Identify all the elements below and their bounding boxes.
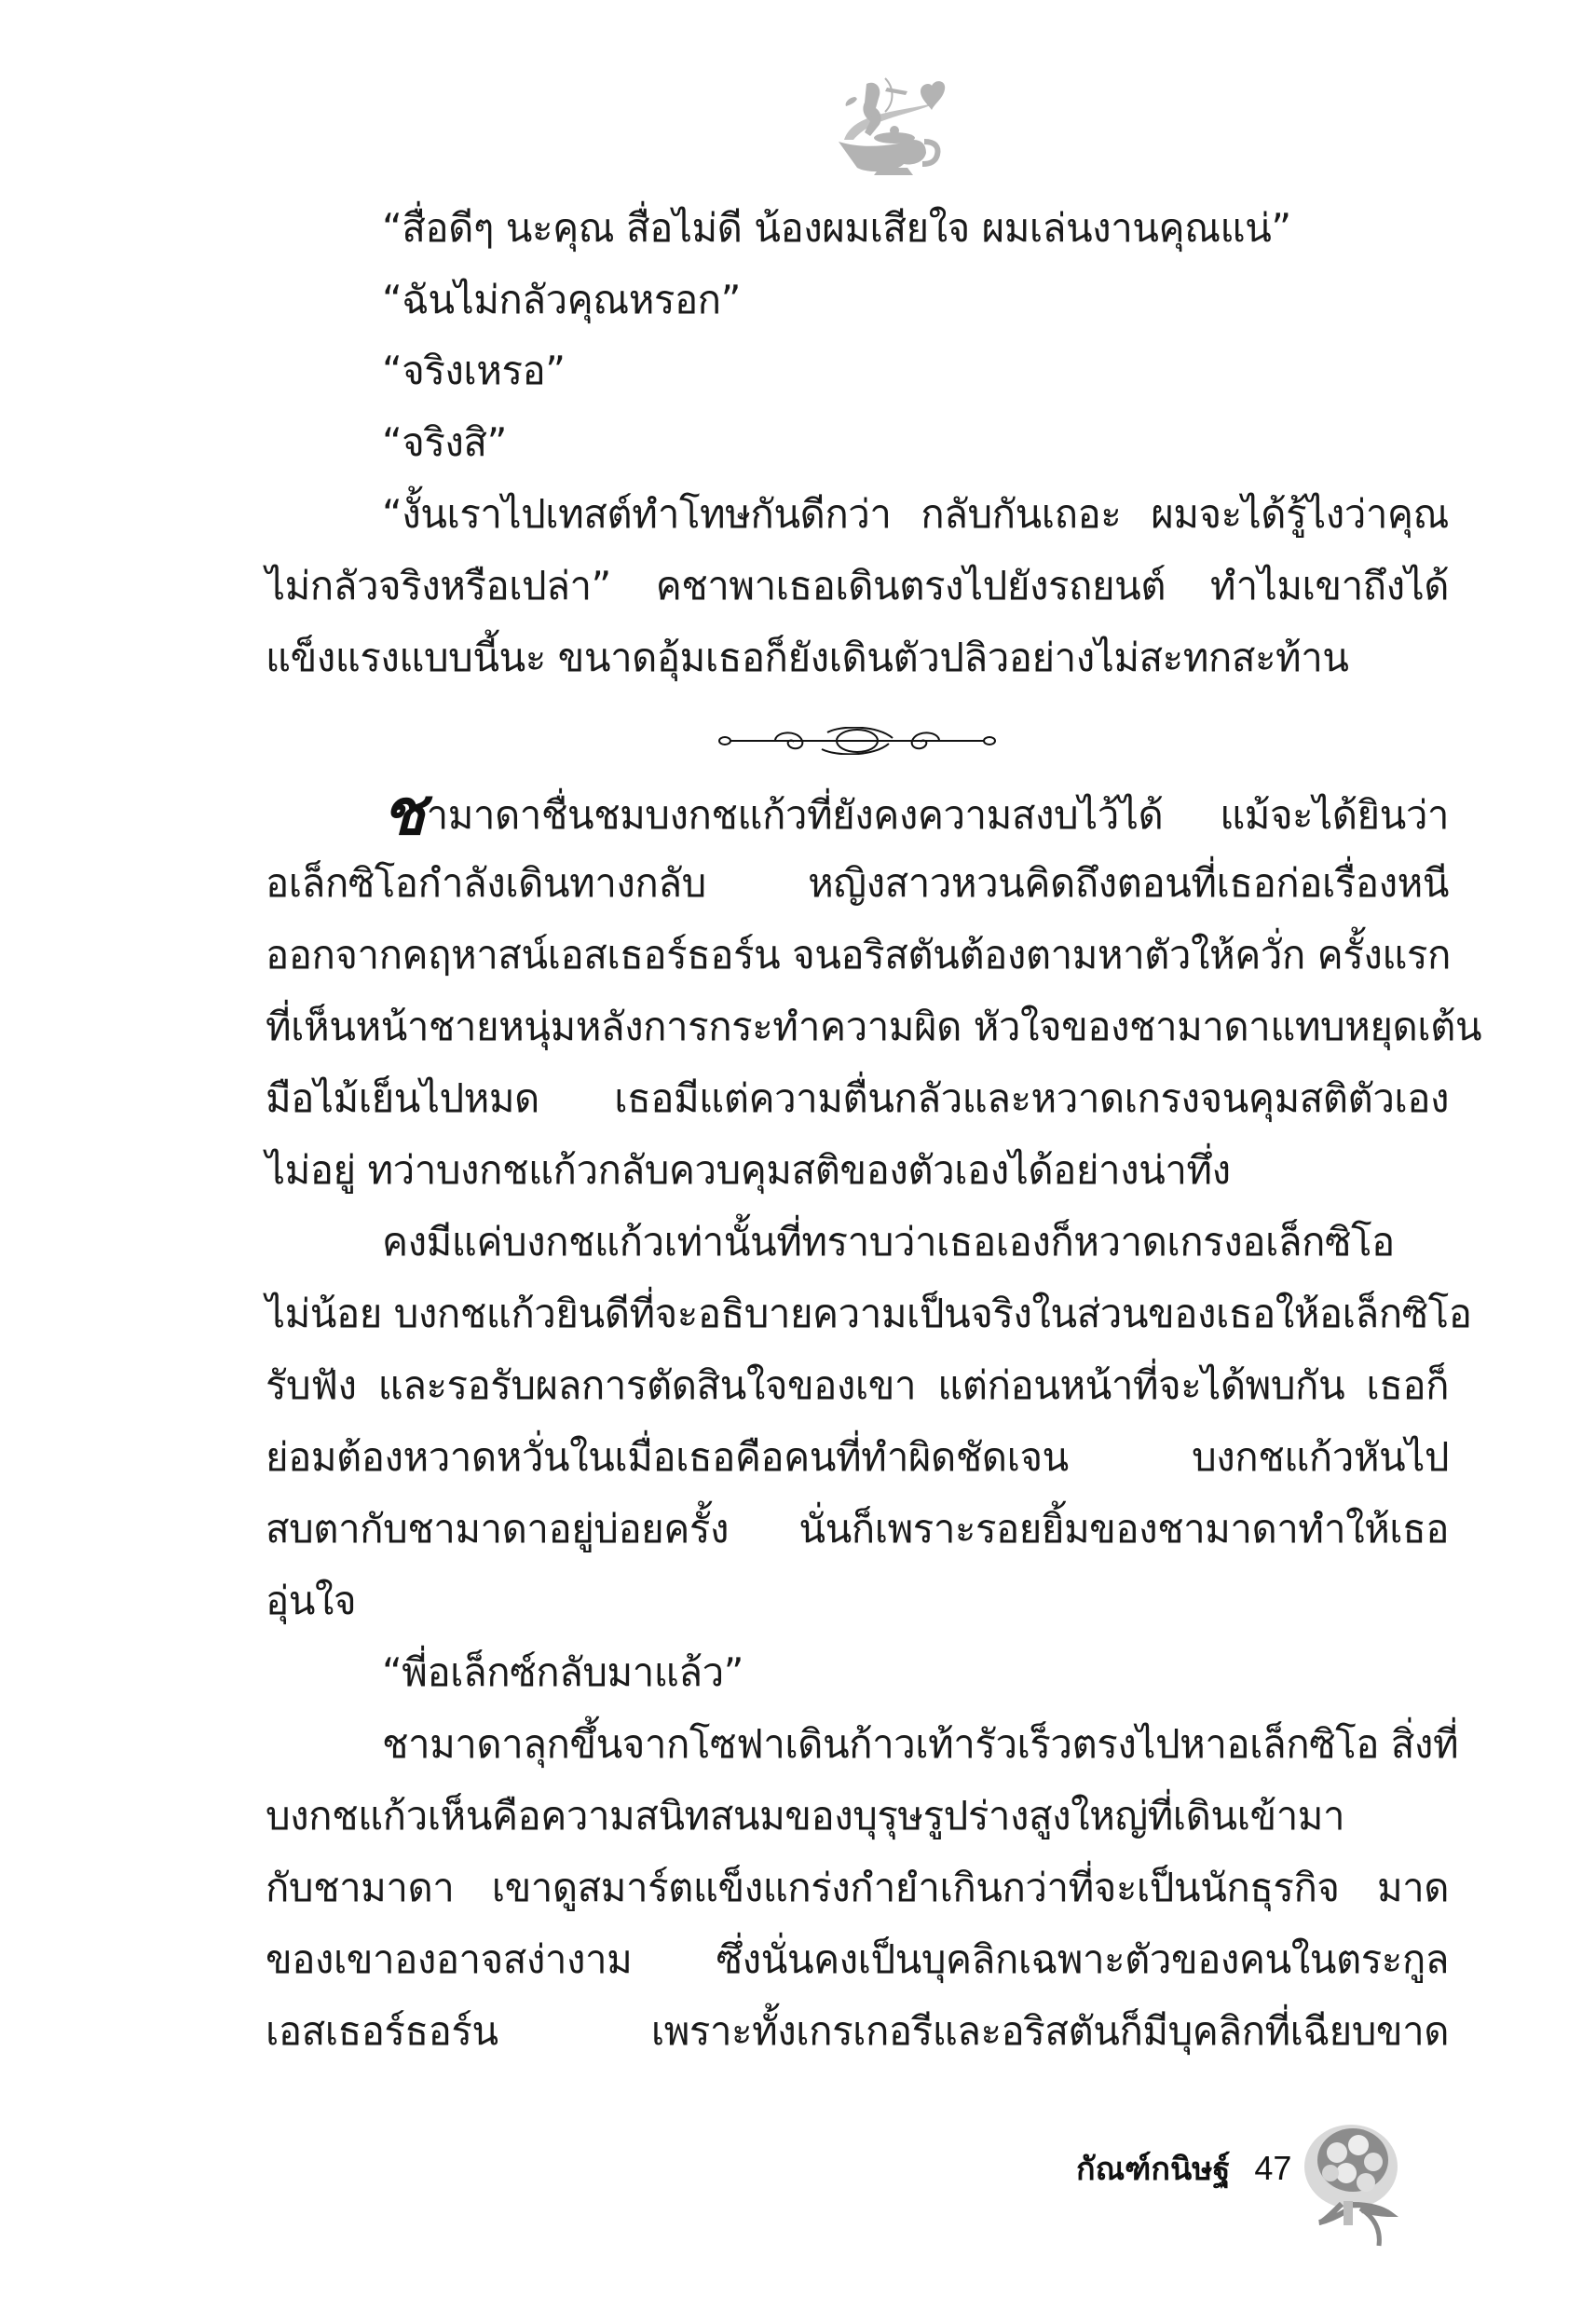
paragraph-line: ออกจากคฤหาสน์เอสเธอร์ธอร์น จนอริสตันต้อง… (266, 927, 1449, 983)
page-number: 47 (1254, 2149, 1291, 2187)
drop-cap: ช (382, 775, 425, 850)
paragraph-line: ชามาดาลุกขึ้นจากโซฟาเดินก้าวเท้ารัวเร็วต… (382, 1716, 1449, 1772)
paragraph-line: แข็งแรงแบบนี้นะ ขนาดอุ้มเธอก็ยังเดินตัวป… (266, 630, 1449, 686)
paragraph-line: อุ่นใจ (266, 1573, 1449, 1629)
paragraph-line: มือไม้เย็นไปหมด เธอมีแต่ความตื่นกลัวและห… (266, 1071, 1449, 1127)
paragraph-line: กับชามาดา เขาดูสมาร์ตแข็งแกร่งกำยำเกินกว… (266, 1860, 1449, 1916)
dialogue-line: “จริงสิ” (382, 415, 1565, 471)
paragraph-line: ไม่น้อย บงกชแก้วยินดีที่จะอธิบายความเป็น… (266, 1286, 1449, 1342)
paragraph-text: ามาดาชื่นชมบงกชแก้วที่ยังคงความสงบไว้ได้… (427, 792, 1449, 838)
dialogue-line: “ฉันไม่กลัวคุณหรอก” (382, 272, 1565, 328)
paragraph-line: ไม่อยู่ ทว่าบงกชแก้วกลับควบคุมสติของตัวเ… (266, 1142, 1449, 1198)
paragraph-line: ที่เห็นหน้าชายหนุ่มหลังการกระทำความผิด ห… (266, 999, 1449, 1055)
dialogue-line: “สื่อดีๆ นะคุณ สื่อไม่ดี น้องผมเสียใจ ผม… (382, 200, 1565, 256)
dialogue-line: “จริงเหรอ” (382, 343, 1565, 399)
book-title: กัณฑ์กนิษฐ์ (1076, 2151, 1230, 2188)
paragraph-line: คงมีแค่บงกชแก้วเท่านั้นที่ทราบว่าเธอเองก… (382, 1214, 1449, 1270)
scroll-ornament-divider-icon (717, 727, 997, 755)
book-page: “สื่อดีๆ นะคุณ สื่อไม่ดี น้องผมเสียใจ ผม… (0, 0, 1596, 2311)
paragraph-line: บงกชแก้วเห็นคือความสนิทสนมของบุรุษรูปร่า… (266, 1788, 1449, 1844)
paragraph-line: ไม่กลัวจริงหรือเปล่า” คชาพาเธอเดินตรงไปย… (266, 558, 1449, 614)
paragraph-line: เอสเธอร์ธอร์น เพราะทั้งเกรเกอรีและอริสตั… (266, 2003, 1449, 2059)
paragraph-line-dropcap: ชามาดาชื่นชมบงกชแก้วที่ยังคงความสงบไว้ได… (382, 785, 1449, 843)
paragraph-line: ของเขาองอาจสง่างาม ซึ่งนั่นคงเป็นบุคลิกเ… (266, 1932, 1449, 1988)
cupid-teapot-logo-icon (801, 75, 969, 177)
rose-bouquet-icon (1295, 2115, 1425, 2255)
paragraph-line: สบตากับชามาดาอยู่บ่อยครั้ง นั่นก็เพราะรอ… (266, 1501, 1449, 1557)
dialogue-line: “พี่อเล็กซ์กลับมาแล้ว” (382, 1645, 1565, 1701)
paragraph-line: อเล็กซิโอกำลังเดินทางกลับ หญิงสาวหวนคิดถ… (266, 855, 1449, 911)
paragraph-line: ย่อมต้องหวาดหวั่นในเมื่อเธอคือคนที่ทำผิด… (266, 1429, 1449, 1485)
page-footer: กัณฑ์กนิษฐ์47 (1076, 2143, 1291, 2194)
paragraph-line: รับฟัง และรอรับผลการตัดสินใจของเขา แต่ก่… (266, 1358, 1449, 1414)
paragraph-line: “งั้นเราไปเทสต์ทำโทษกันดีกว่า กลับกันเถอ… (382, 486, 1449, 542)
